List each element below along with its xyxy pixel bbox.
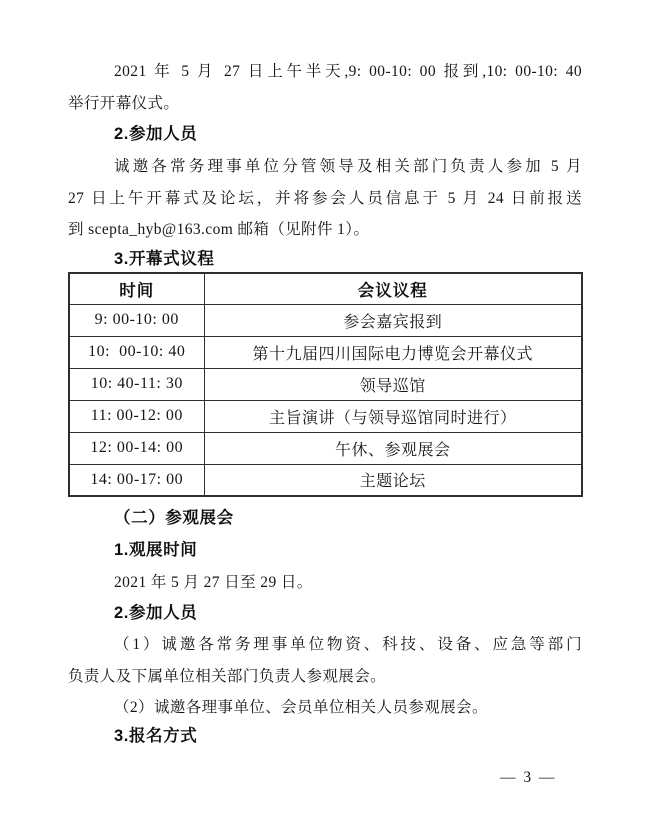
time-cell: 9: 00-10: 00 [69,304,204,336]
table-row: 12: 00-14: 00 午休、参观展会 [69,432,582,464]
agenda-table: 时间 会议议程 9: 00-10: 00 参会嘉宾报到 10: 00-10: 4… [68,272,583,497]
paragraph-line: （1）诚邀各常务理事单位物资、科技、设备、应急等部门 [68,634,582,655]
table-row: 14: 00-17: 00 主题论坛 [69,464,582,496]
time-cell: 11: 00-12: 00 [69,400,204,432]
section-heading-visit-time: 1.观展时间 [68,540,582,561]
section-heading-agenda: 3.开幕式议程 [68,249,582,270]
paragraph-line: 负责人及下属单位相关部门负责人参观展会。 [68,666,582,687]
paragraph-line-email: 到 scepta_hyb@163.com 邮箱（见附件 1）。 [68,219,582,240]
document-page: 2021 年 5 月 27 日上午半天,9: 00-10: 00 报到,10: … [0,0,654,828]
paragraph-line: 27 日上午开幕式及论坛，并将参会人员信息于 5 月 24 日前报送 [68,188,582,209]
agenda-cell: 领导巡馆 [204,368,582,400]
time-cell: 10: 40-11: 30 [69,368,204,400]
time-cell: 10: 00-10: 40 [69,336,204,368]
agenda-column-header: 会议议程 [204,273,582,304]
page-number: — 3 — [500,769,557,787]
paragraph-line: （2）诚邀各理事单位、会员单位相关人员参观展会。 [68,697,582,718]
time-cell: 14: 00-17: 00 [69,464,204,496]
time-cell: 12: 00-14: 00 [69,432,204,464]
table-row: 10: 40-11: 30 领导巡馆 [69,368,582,400]
paragraph-line: 2021 年 5 月 27 日至 29 日。 [68,572,582,593]
paragraph-line: 2021 年 5 月 27 日上午半天,9: 00-10: 00 报到,10: … [68,61,582,82]
agenda-cell: 午休、参观展会 [204,432,582,464]
table-row: 10: 00-10: 40 第十九届四川国际电力博览会开幕仪式 [69,336,582,368]
section-heading-participants: 2.参加人员 [68,124,582,145]
time-column-header: 时间 [69,273,204,304]
paragraph-line: 诚邀各常务理事单位分管领导及相关部门负责人参加 5 月 [68,156,582,177]
section-heading-signup: 3.报名方式 [68,726,582,747]
agenda-cell: 第十九届四川国际电力博览会开幕仪式 [204,336,582,368]
table-row: 11: 00-12: 00 主旨演讲（与领导巡馆同时进行） [69,400,582,432]
section-heading-visit-expo: （二）参观展会 [68,508,582,529]
agenda-cell: 主旨演讲（与领导巡馆同时进行） [204,400,582,432]
section-heading-participants2: 2.参加人员 [68,603,582,624]
agenda-cell: 主题论坛 [204,464,582,496]
table-row: 9: 00-10: 00 参会嘉宾报到 [69,304,582,336]
agenda-cell: 参会嘉宾报到 [204,304,582,336]
paragraph-line: 举行开幕仪式。 [68,93,582,114]
table-header-row: 时间 会议议程 [69,273,582,304]
